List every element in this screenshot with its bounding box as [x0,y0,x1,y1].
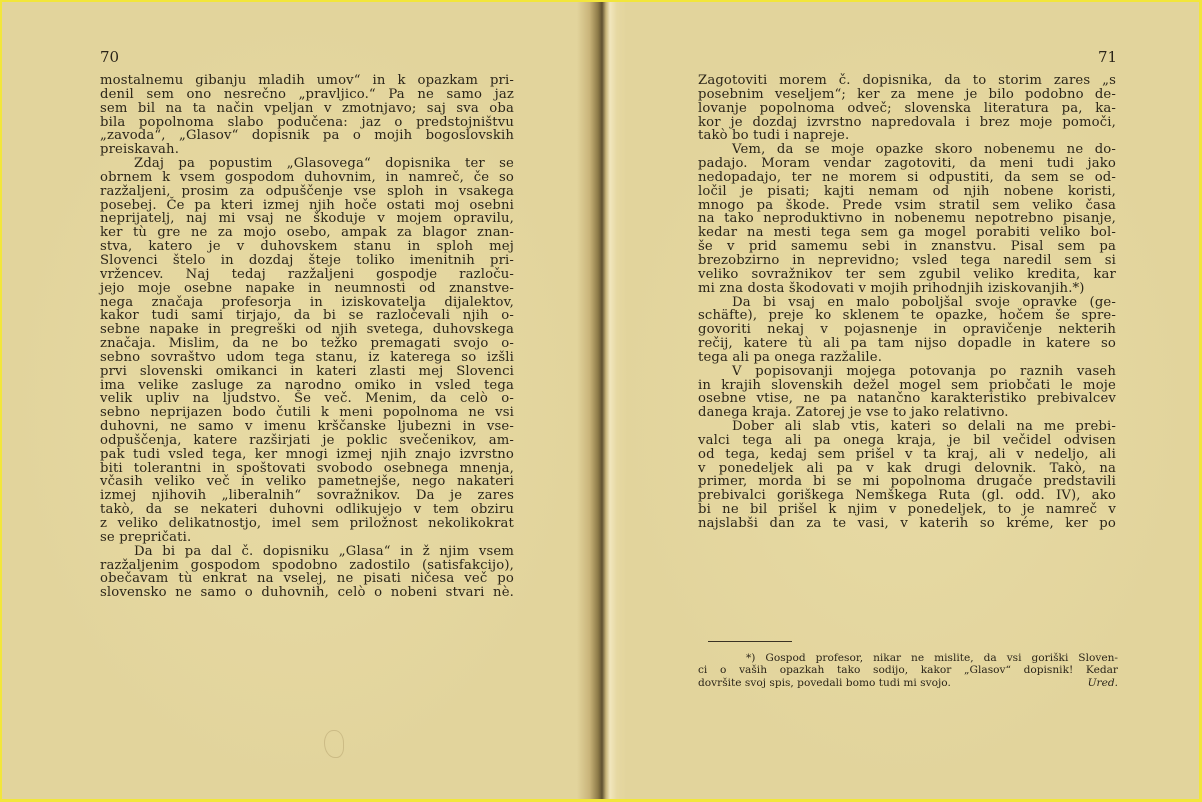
text-line: Zagotoviti morem č. dopisnika, da to sto… [698,74,1116,88]
editor-signature: Ured. [1088,677,1118,689]
text-line: razžaljenim gospodom spodobno zadostilo … [100,559,514,573]
text-line: nedopadajo, ter ne morem si odpustiti, d… [698,171,1116,185]
text-line: v ponedeljek ali pa v kak drugi delovnik… [698,462,1116,476]
left-page: 70 mostalnemu gibanju mladih umov“ in k … [2,2,592,799]
text-line: neprijatelj, naj mi vsaj ne škoduje v mo… [100,212,514,226]
book-spread: 70 mostalnemu gibanju mladih umov“ in k … [2,2,1199,799]
text-line: včasih veliko več in veliko pametnejše, … [100,475,514,489]
text-line: sem bil na ta način vpeljan v zmotnjavo;… [100,102,514,116]
text-line: rečij, katere tù ali pa tam nijso dopadl… [698,337,1116,351]
text-line: sebno neprijazen bodo čutili k meni popo… [100,406,514,420]
footnote: *) Gospod profesor, nikar ne mislite, da… [698,652,1118,689]
text-line: kor je dozdaj izvrstno napredovala i bre… [698,116,1116,130]
text-line: velik upliv na ljudstvo. Še več. Menim, … [100,392,514,406]
text-line: kakor tudi sami tirjajo, da bi se razloč… [100,309,514,323]
text-line: lovanje popolnoma odveč; slovenska liter… [698,102,1116,116]
page-number-left: 70 [100,48,119,66]
text-line: slovensko ne samo o duhovnih, celò o nob… [100,586,514,600]
text-line: ker tù gre ne za mojo osebo, ampak za bl… [100,226,514,240]
text-line: tega ali pa onega razžalile. [698,351,1116,365]
text-line: in krajih slovenskih dežel mogel sem pri… [698,379,1116,393]
paper-smudge [324,730,344,758]
text-line: še v prid samemu sebi in znanstvu. Pisal… [698,240,1116,254]
text-line: stva, katero je v duhovskem stanu in spl… [100,240,514,254]
left-page-text: mostalnemu gibanju mladih umov“ in k opa… [100,74,514,600]
text-line: vržencev. Naj tedaj razžaljeni gospodje … [100,268,514,282]
text-line: posebej. Če pa kteri izmej njih hoče ost… [100,199,514,213]
text-line: takò bo tudi i napreje. [698,129,1116,143]
text-line: bila popolnoma slabo podučena: jaz o pre… [100,116,514,130]
text-line: Da bi pa dal č. dopisniku „Glasa“ in ž n… [100,545,514,559]
text-line: prvi slovenski omikanci in kateri zlasti… [100,365,514,379]
text-line: izmej njihovih „liberalnih“ sovražnikov.… [100,489,514,503]
text-line: Zdaj pa popustim „Glasovega“ dopisnika t… [100,157,514,171]
text-line: Dober ali slab vtis, kateri so delali na… [698,420,1116,434]
text-line: valci tega ali pa onega kraja, je bil ve… [698,434,1116,448]
text-line: odpuščenja, katere razširjati je poklic … [100,434,514,448]
text-line: padajo. Moram vendar zagotoviti, da meni… [698,157,1116,171]
text-line: biti tolerantni in spoštovati svobodo os… [100,462,514,476]
text-line: osebne vtise, ne pa natančno karakterist… [698,392,1116,406]
text-line: od tega, kedaj sem prišel v ta kraj, ali… [698,448,1116,462]
text-line: duhovni, ne samo v imenu krščanske ljube… [100,420,514,434]
footnote-text: dovršite svoj spis, povedali bomo tudi m… [698,677,951,689]
text-line: takò, da se nekateri duhovni odlikujejo … [100,503,514,517]
text-line: z veliko delikatnostjo, imel sem priložn… [100,517,514,531]
text-line: „zavoda“, „Glasov“ dopisnik pa o mojih b… [100,129,514,143]
text-line: ločil je pisati; kajti nemam od njih nob… [698,185,1116,199]
text-line: obrnem k vsem gospodom duhovnim, in namr… [100,171,514,185]
right-page-text: Zagotoviti morem č. dopisnika, da to sto… [698,74,1116,531]
text-line: V popisovanji mojega potovanja po raznih… [698,365,1116,379]
text-line: sebne napake in pregreški od njih sveteg… [100,323,514,337]
text-line: schäfte), preje ko sklenem te opazke, ho… [698,309,1116,323]
text-line: mostalnemu gibanju mladih umov“ in k opa… [100,74,514,88]
text-line: se prepričati. [100,531,514,545]
text-line: jejo moje osebne napake in neumnosti od … [100,282,514,296]
text-line: pak tudi vsled tega, ker mnogi izmej nji… [100,448,514,462]
footnote-line: *) Gospod profesor, nikar ne mislite, da… [698,652,1118,664]
right-page: 71 Zagotoviti morem č. dopisnika, da to … [608,2,1199,799]
footnote-line: ci o vaših opazkah tako sodijo, kakor „G… [698,664,1118,676]
text-line: veliko sovražnikov ter sem zgubil veliko… [698,268,1116,282]
text-line: primer, morda bi se mi popolnoma drugače… [698,475,1116,489]
book-gutter [577,2,627,799]
text-line: brezobzirno in neprevidno; vsled tega na… [698,254,1116,268]
footnote-divider [708,641,792,642]
text-line: danega kraja. Zatorej je vse to jako rel… [698,406,1116,420]
text-line: razžaljeni, prosim za odpuščenje vse spl… [100,185,514,199]
text-line: Slovenci štelo in dozdaj šteje toliko im… [100,254,514,268]
footnote-line-last: dovršite svoj spis, povedali bomo tudi m… [698,677,1118,689]
text-line: obečavam tù enkrat na vselej, ne pisati … [100,572,514,586]
text-line: mi zna dosta škodovati v mojih prihodnji… [698,282,1116,296]
text-line: bi ne bil prišel k njim v ponedeljek, to… [698,503,1116,517]
text-line: mnogo pa škode. Prede vsim stratil sem v… [698,199,1116,213]
text-line: značaja. Mislim, da ne bo težko premagat… [100,337,514,351]
text-line: na tako neproduktivno in nobenemu nepotr… [698,212,1116,226]
page-number-right: 71 [1098,48,1117,66]
text-line: Da bi vsaj en malo poboljšal svoje oprav… [698,296,1116,310]
text-line: sebno sovraštvo udom tega stanu, iz kate… [100,351,514,365]
text-line: govoriti nekaj v pojasnenje in opravičen… [698,323,1116,337]
text-line: posebnim veseljem“; ker za mene je bilo … [698,88,1116,102]
text-line: prebivalci goriškega Nemškega Ruta (gl. … [698,489,1116,503]
text-line: denil sem ono nesrečno „pravljico.“ Pa n… [100,88,514,102]
text-line: preiskavah. [100,143,514,157]
text-line: nega značaja profesorja in iziskovatelja… [100,296,514,310]
text-line: kedar na mesti tega sem ga mogel porabit… [698,226,1116,240]
text-line: Vem, da se moje opazke skoro nobenemu ne… [698,143,1116,157]
text-line: najslabši dan za te vasi, v katerih so k… [698,517,1116,531]
